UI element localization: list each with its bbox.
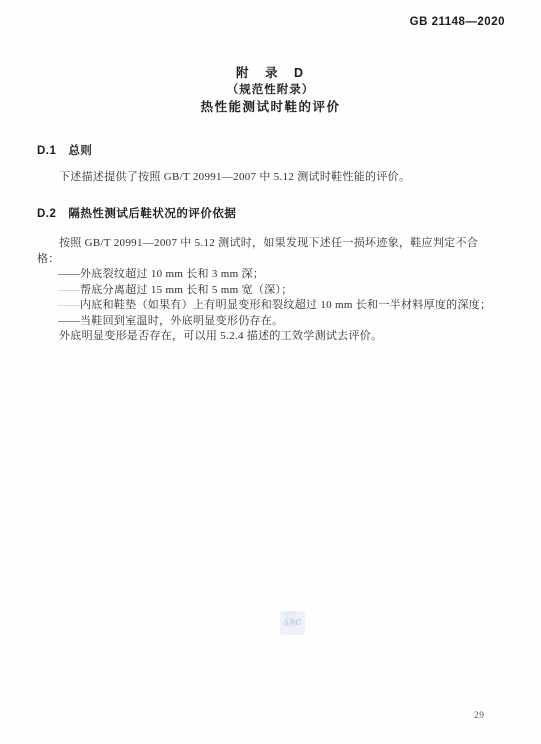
clause-d1-paragraph: 下述描述提供了按照 GB/T 20991—2007 中 5.12 测试时鞋性能的… [37, 170, 497, 186]
clause-d2-number: D.2 [37, 208, 56, 220]
appendix-subtitle-normative: （规范性附录） [0, 82, 541, 99]
appendix-subtitle-topic: 热性能测试时鞋的评价 [0, 99, 541, 115]
list-item-text: 帮底分离超过 15 mm 长和 5 mm 宽（深）； [80, 284, 293, 296]
clause-d2-heading: D.2隔热性测试后鞋状况的评价依据 [37, 205, 236, 221]
list-item: ——帮底分离超过 15 mm 长和 5 mm 宽（深）； [58, 283, 497, 299]
clause-d2-body: 按照 GB/T 20991—2007 中 5.12 测试时，如果发现下述任一损坏… [37, 236, 497, 345]
clause-d2-intro: 按照 GB/T 20991—2007 中 5.12 测试时，如果发现下述任一损坏… [37, 236, 497, 267]
clause-d1-number: D.1 [37, 145, 56, 157]
list-item: ——外底裂纹超过 10 mm 长和 3 mm 深； [58, 267, 497, 283]
clause-d2-title: 隔热性测试后鞋状况的评价依据 [68, 208, 236, 220]
document-page: GB 21148—2020 附 录 D （规范性附录） 热性能测试时鞋的评价 D… [0, 0, 541, 744]
list-item: ——内底和鞋垫（如果有）上有明显变形和裂纹超过 10 mm 长和一半材料厚度的深… [58, 298, 497, 314]
list-item-dash: —— [58, 299, 80, 311]
list-item-dash: —— [58, 315, 80, 327]
page-number: 29 [474, 711, 485, 721]
sac-logo-text: SAC [281, 618, 304, 627]
list-item-text: 外底裂纹超过 10 mm 长和 3 mm 深； [80, 268, 264, 280]
appendix-title: 附 录 D [0, 64, 541, 82]
list-item-text: 当鞋回到室温时，外底明显变形仍存在。 [80, 315, 283, 327]
appendix-title-block: 附 录 D （规范性附录） 热性能测试时鞋的评价 [0, 64, 541, 115]
standard-code-header: GB 21148—2020 [410, 16, 505, 28]
list-item-text: 内底和鞋垫（如果有）上有明显变形和裂纹超过 10 mm 长和一半材料厚度的深度； [80, 299, 491, 311]
sac-watermark-logo: S SAC [280, 611, 305, 635]
list-item-dash: —— [58, 284, 80, 296]
list-item: ——当鞋回到室温时，外底明显变形仍存在。 [58, 314, 497, 330]
clause-d1-title: 总则 [68, 145, 92, 157]
clause-d2-closing: 外底明显变形是否存在，可以用 5.2.4 描述的工效学测试去评价。 [37, 329, 497, 345]
clause-d1-heading: D.1总则 [37, 142, 92, 158]
list-item-dash: —— [58, 268, 80, 280]
